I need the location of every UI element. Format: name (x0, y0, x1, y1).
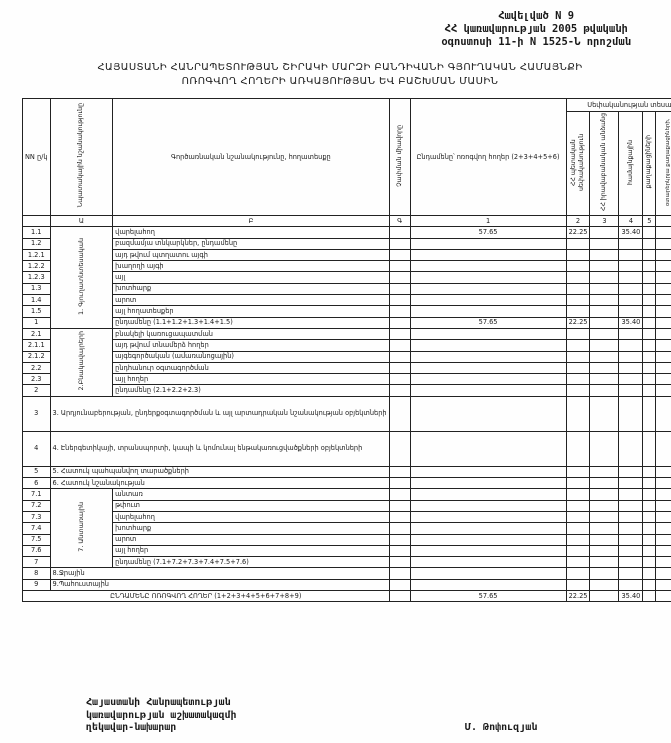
c3-cell (590, 579, 619, 590)
c2-cell (566, 579, 590, 590)
unit-cell (389, 396, 410, 431)
c2-cell (566, 306, 590, 317)
row-label: բազմամյա տնկարկներ, ընդամենը (113, 238, 389, 249)
c3-cell (590, 396, 619, 431)
c4-cell (619, 396, 643, 431)
c4-cell (619, 261, 643, 272)
table-row: 2.3այլ հողեր (23, 374, 671, 385)
total-cell (410, 340, 566, 351)
c6-cell (656, 295, 671, 306)
c5-cell (643, 328, 656, 339)
c4-cell: 35.40 (619, 317, 643, 328)
row-number: 7.1 (23, 489, 51, 500)
c5-cell (643, 238, 656, 249)
c2-cell (566, 238, 590, 249)
unit-cell (389, 227, 410, 238)
total-cell (410, 466, 566, 477)
table-row: 2.12.Բնակավայրերիբնակելի կառուցապատման (23, 328, 671, 339)
c4-cell (619, 568, 643, 579)
row-label: վարելահող (113, 227, 389, 238)
total-cell (410, 396, 566, 431)
c6-cell (656, 557, 671, 568)
title-line-2: ՈՌՈԳՎՈՂ ՀՈՂԵՐԻ ԱՌԿԱՅՈՒԹՅԱՆ ԵՎ ԲԱՇԽՄԱՆ ՄԱ… (60, 75, 620, 89)
c6-cell (656, 500, 671, 511)
document-title: ՀԱՅԱՍՏԱՆԻ ՀԱՆՐԱՊԵՏՈՒԹՅԱՆ ՇԻՐԱԿԻ ՄԱՐԶԻ ԲԱ… (60, 61, 620, 89)
c4-cell: 35.40 (619, 227, 643, 238)
c2-cell (566, 396, 590, 431)
row-number: 7.5 (23, 534, 51, 545)
c3-cell (590, 261, 619, 272)
c5-cell (643, 340, 656, 351)
total-cell (410, 238, 566, 249)
row-label: բնակելի կառուցապատման (113, 328, 389, 339)
total-cell (410, 489, 566, 500)
c3-cell (590, 431, 619, 466)
c3-cell (590, 557, 619, 568)
c5-cell (643, 385, 656, 396)
total-cell (410, 579, 566, 590)
row-label: 8.Ջրային (50, 568, 389, 579)
c4-cell (619, 579, 643, 590)
annex-number: Հավելված N 9 (441, 10, 631, 23)
unit-cell (389, 306, 410, 317)
c4-cell (619, 362, 643, 373)
total-cell (410, 511, 566, 522)
c5-cell (643, 396, 656, 431)
c2-cell (566, 283, 590, 294)
c6-cell (656, 362, 671, 373)
table-row: 1.2.2 խաղողի այգի (23, 261, 671, 272)
header-nn: NN ը/կ (23, 99, 51, 216)
c3-cell (590, 478, 619, 489)
c6-cell (656, 591, 671, 602)
c3-cell (590, 568, 619, 579)
unit-cell (389, 511, 410, 522)
index-cell: Գ (389, 216, 410, 227)
index-cell: 3 (590, 216, 619, 227)
unit-cell (389, 568, 410, 579)
total-cell (410, 306, 566, 317)
total-cell (410, 431, 566, 466)
table-row: 88.Ջրային (23, 568, 671, 579)
table-row: 1.2.1այդ թվում պտղատու այգի (23, 249, 671, 260)
c2-cell (566, 466, 590, 477)
unit-cell (389, 431, 410, 466)
total-cell (410, 534, 566, 545)
header-ownership-group: Սեփականության տեսակները (566, 99, 671, 112)
row-number: 1.2.3 (23, 272, 51, 283)
total-cell: 57.65 (410, 591, 566, 602)
header-category: Նպատակային նշանակությունը (50, 99, 113, 216)
c5-cell (643, 272, 656, 283)
index-cell: 6 (656, 216, 671, 227)
unit-cell (389, 238, 410, 249)
total-cell (410, 385, 566, 396)
c6-cell (656, 523, 671, 534)
c3-cell (590, 295, 619, 306)
row-label: այգեգործական (ամառանոցային) (113, 351, 389, 362)
table-row: 7.4խոտհարք (23, 523, 671, 534)
c6-cell (656, 227, 671, 238)
c3-cell (590, 466, 619, 477)
row-label: 3. Արդյունաբերության, ընդերքօգտագործման … (50, 396, 389, 431)
c2-cell (566, 478, 590, 489)
c4-cell (619, 351, 643, 362)
row-number: 1 (23, 317, 51, 328)
c6-cell (656, 579, 671, 590)
table-row: 2.1.2այգեգործական (ամառանոցային) (23, 351, 671, 362)
index-cell: 2 (566, 216, 590, 227)
table-row: 7.17. Անտառայինանտառ (23, 489, 671, 500)
unit-cell (389, 534, 410, 545)
c4-cell (619, 545, 643, 556)
c2-cell (566, 328, 590, 339)
row-label: ընդամենը (7.1+7.2+7.3+7.4+7.5+7.6) (113, 557, 389, 568)
total-cell (410, 295, 566, 306)
c6-cell (656, 489, 671, 500)
row-label: 6. Հատուկ նշանակության (50, 478, 389, 489)
c3-cell (590, 374, 619, 385)
row-number: 2.3 (23, 374, 51, 385)
total-cell (410, 523, 566, 534)
total-cell (410, 249, 566, 260)
total-cell (410, 500, 566, 511)
unit-cell (389, 283, 410, 294)
table-row: 7.5արոտ (23, 534, 671, 545)
row-number: 1.2 (23, 238, 51, 249)
row-number: 9 (23, 579, 51, 590)
c4-cell (619, 523, 643, 534)
annex-decree: ՀՀ կառավարության 2005 թվականի (441, 23, 631, 36)
annex-reference: Հավելված N 9 ՀՀ կառավարության 2005 թվակա… (441, 10, 631, 49)
c4-cell (619, 272, 643, 283)
c3-cell (590, 272, 619, 283)
table-row: 2ընդամենը (2.1+2.2+2.3) (23, 385, 671, 396)
unit-cell (389, 478, 410, 489)
grand-total-label: ԸՆԴԱՄԵՆԸ ՈՌՈԳՎՈՂ ՀՈՂԵՐ (1+2+3+4+5+6+7+8+… (23, 591, 390, 602)
c2-cell (566, 261, 590, 272)
row-label: 9.Պահուստային (50, 579, 389, 590)
c3-cell (590, 511, 619, 522)
c5-cell (643, 545, 656, 556)
c3-cell (590, 238, 619, 249)
c3-cell (590, 306, 619, 317)
row-label: թփուտ (113, 500, 389, 511)
c6-cell (656, 478, 671, 489)
row-number: 2 (23, 385, 51, 396)
c2-cell (566, 351, 590, 362)
header-unit: Չափման միավորը (389, 99, 410, 216)
c5-cell (643, 362, 656, 373)
unit-cell (389, 385, 410, 396)
title-line-1: ՀԱՅԱՍՏԱՆԻ ՀԱՆՐԱՊԵՏՈՒԹՅԱՆ ՇԻՐԱԿԻ ՄԱՐԶԻ ԲԱ… (60, 61, 620, 75)
c4-cell (619, 306, 643, 317)
row-label: այլ հողեր (113, 374, 389, 385)
header-col6: օտարերկրյա քաղաքացիների, քաղաքացիություն… (656, 112, 671, 216)
c3-cell (590, 523, 619, 534)
row-label: ընդհանուր օգտագործման (113, 362, 389, 373)
row-label: 5. Հատուկ պահպանվող տարածքների (50, 466, 389, 477)
header-total: Ընդամենը՝ ոռոգվող հողեր (2+3+4+5+6) (410, 99, 566, 216)
unit-cell (389, 261, 410, 272)
c3-cell (590, 489, 619, 500)
row-number: 7.3 (23, 511, 51, 522)
table-row: 1.2բազմամյա տնկարկներ, ընդամենը (23, 238, 671, 249)
row-number: 7 (23, 557, 51, 568)
c3-cell (590, 317, 619, 328)
row-number: 6 (23, 478, 51, 489)
index-cell: 1 (410, 216, 566, 227)
unit-cell (389, 557, 410, 568)
header-land-type: Գործառնական նշանակությունը, հողատեսքը (113, 99, 389, 216)
row-number: 1.5 (23, 306, 51, 317)
header-col2: ՀՀ պետական սեփականություն (566, 112, 590, 216)
group-agricultural: 1. Գյուղատնտեսական (50, 227, 113, 329)
c4-cell (619, 511, 643, 522)
c5-cell (643, 261, 656, 272)
row-label: վարելահող (113, 511, 389, 522)
total-cell (410, 568, 566, 579)
c5-cell (643, 283, 656, 294)
row-label: 4. Էներգետիկայի, տրանսպորտի, կապի և կոմո… (50, 431, 389, 466)
c2-cell: 22.25 (566, 227, 590, 238)
c3-cell (590, 385, 619, 396)
unit-cell (389, 374, 410, 385)
row-label: այլ հողատեսքեր (113, 306, 389, 317)
group-settlements: 2.Բնակավայրերի (50, 328, 113, 396)
row-number: 1.2.1 (23, 249, 51, 260)
c5-cell (643, 249, 656, 260)
total-cell (410, 362, 566, 373)
c2-cell (566, 295, 590, 306)
c4-cell: 35.40 (619, 591, 643, 602)
table-row: 2.1.1այդ թվում տնամերձ հողեր (23, 340, 671, 351)
c5-cell (643, 295, 656, 306)
table-row: 1ընդամենը (1.1+1.2+1.3+1.4+1.5)57.6522.2… (23, 317, 671, 328)
land-table: NN ը/կ Նպատակային նշանակությունը Գործառն… (22, 98, 671, 602)
unit-cell (389, 295, 410, 306)
unit-cell (389, 340, 410, 351)
c2-cell (566, 557, 590, 568)
row-label: արոտ (113, 295, 389, 306)
index-row: ԱԲԳ123456 (23, 216, 671, 227)
c5-cell (643, 579, 656, 590)
index-cell: 4 (619, 216, 643, 227)
signatory-line-2: կառավարության աշխատակազմի (86, 710, 237, 723)
unit-cell (389, 328, 410, 339)
row-number: 7.6 (23, 545, 51, 556)
c6-cell (656, 396, 671, 431)
signatory-name: Մ. Թոփուզյան (465, 722, 537, 733)
c4-cell (619, 478, 643, 489)
row-label: ընդամենը (2.1+2.2+2.3) (113, 385, 389, 396)
row-label: արոտ (113, 534, 389, 545)
c3-cell (590, 283, 619, 294)
c2-cell (566, 534, 590, 545)
row-number: 7.4 (23, 523, 51, 534)
c2-cell (566, 489, 590, 500)
unit-cell (389, 362, 410, 373)
c2-cell (566, 374, 590, 385)
total-cell (410, 545, 566, 556)
c5-cell (643, 227, 656, 238)
c5-cell (643, 500, 656, 511)
c4-cell (619, 500, 643, 511)
row-number: 1.1 (23, 227, 51, 238)
group-forest: 7. Անտառային (50, 489, 113, 568)
unit-cell (389, 500, 410, 511)
c4-cell (619, 489, 643, 500)
c5-cell (643, 568, 656, 579)
c2-cell (566, 500, 590, 511)
table-row: 33. Արդյունաբերության, ընդերքօգտագործման… (23, 396, 671, 431)
total-cell (410, 283, 566, 294)
row-label: այլ (113, 272, 389, 283)
total-cell (410, 328, 566, 339)
row-label: այլ հողեր (113, 545, 389, 556)
row-label: անտառ (113, 489, 389, 500)
row-number: 5 (23, 466, 51, 477)
c4-cell (619, 557, 643, 568)
index-cell: Ա (50, 216, 113, 227)
c2-cell (566, 523, 590, 534)
row-number: 8 (23, 568, 51, 579)
c3-cell (590, 340, 619, 351)
table-row: 1.5այլ հողատեսքեր (23, 306, 671, 317)
total-cell (410, 374, 566, 385)
c6-cell (656, 283, 671, 294)
c5-cell (643, 523, 656, 534)
row-label: այդ թվում տնամերձ հողեր (113, 340, 389, 351)
c6-cell (656, 317, 671, 328)
total-cell (410, 351, 566, 362)
c2-cell (566, 431, 590, 466)
c6-cell (656, 261, 671, 272)
c3-cell (590, 351, 619, 362)
unit-cell (389, 466, 410, 477)
row-number: 2.1 (23, 328, 51, 339)
total-cell: 57.65 (410, 227, 566, 238)
c5-cell (643, 591, 656, 602)
c3-cell (590, 534, 619, 545)
unit-cell (389, 579, 410, 590)
c6-cell (656, 340, 671, 351)
unit-cell (389, 272, 410, 283)
c6-cell (656, 238, 671, 249)
c4-cell (619, 295, 643, 306)
c2-cell (566, 511, 590, 522)
c6-cell (656, 351, 671, 362)
signatory-title: Հայաստանի Հանրապետության կառավարության ա… (86, 697, 237, 735)
c3-cell (590, 227, 619, 238)
table-row: 1.4արոտ (23, 295, 671, 306)
c5-cell (643, 557, 656, 568)
c4-cell (619, 385, 643, 396)
c4-cell (619, 374, 643, 385)
c5-cell (643, 489, 656, 500)
c4-cell (619, 238, 643, 249)
c5-cell (643, 511, 656, 522)
unit-cell (389, 523, 410, 534)
c4-cell (619, 466, 643, 477)
c4-cell (619, 328, 643, 339)
c5-cell (643, 466, 656, 477)
table-row: 2.2ընդհանուր օգտագործման (23, 362, 671, 373)
c5-cell (643, 431, 656, 466)
total-cell: 57.65 (410, 317, 566, 328)
c6-cell (656, 534, 671, 545)
c3-cell (590, 545, 619, 556)
c5-cell (643, 306, 656, 317)
c2-cell (566, 249, 590, 260)
total-cell (410, 261, 566, 272)
c4-cell (619, 340, 643, 351)
row-number: 3 (23, 396, 51, 431)
index-cell: 5 (643, 216, 656, 227)
table-row: 55. Հատուկ պահպանվող տարածքների (23, 466, 671, 477)
row-label: ընդամենը (1.1+1.2+1.3+1.4+1.5) (113, 317, 389, 328)
annex-date: օգոստոսի 11-ի N 1525-Ն որոշման (441, 36, 631, 49)
c2-cell: 22.25 (566, 317, 590, 328)
unit-cell (389, 249, 410, 260)
table-row: 99.Պահուստային (23, 579, 671, 590)
header-col3: ՀՀ իրավաբանական անձանց (590, 112, 619, 216)
c6-cell (656, 511, 671, 522)
total-cell (410, 478, 566, 489)
c6-cell (656, 328, 671, 339)
row-label: այդ թվում պտղատու այգի (113, 249, 389, 260)
signatory-line-1: Հայաստանի Հանրապետության (86, 697, 237, 710)
c5-cell (643, 317, 656, 328)
table-row: 66. Հատուկ նշանակության (23, 478, 671, 489)
signatory-line-3: ղեկավար-նախարար (86, 722, 237, 735)
c2-cell (566, 545, 590, 556)
c3-cell (590, 591, 619, 602)
unit-cell (389, 489, 410, 500)
row-number: 1.2.2 (23, 261, 51, 272)
c4-cell (619, 431, 643, 466)
c6-cell (656, 545, 671, 556)
c3-cell (590, 249, 619, 260)
c3-cell (590, 500, 619, 511)
c2-cell (566, 272, 590, 283)
table-row: 1.2.3այլ (23, 272, 671, 283)
c3-cell (590, 362, 619, 373)
total-cell (410, 272, 566, 283)
index-cell: Բ (113, 216, 389, 227)
row-number: 1.3 (23, 283, 51, 294)
total-cell (410, 557, 566, 568)
table-row: 7.6այլ հողեր (23, 545, 671, 556)
c5-cell (643, 534, 656, 545)
row-label: խոտհարք (113, 523, 389, 534)
c2-cell: 22.25 (566, 591, 590, 602)
c5-cell (643, 478, 656, 489)
c6-cell (656, 431, 671, 466)
table-row: 7.3վարելահող (23, 511, 671, 522)
c6-cell (656, 374, 671, 385)
unit-cell (389, 545, 410, 556)
c4-cell (619, 283, 643, 294)
c2-cell (566, 362, 590, 373)
row-number: 1.4 (23, 295, 51, 306)
row-number: 2.1.1 (23, 340, 51, 351)
row-number: 2.1.2 (23, 351, 51, 362)
table-row: 1.11. Գյուղատնտեսականվարելահող57.6522.25… (23, 227, 671, 238)
row-number: 7.2 (23, 500, 51, 511)
c4-cell (619, 249, 643, 260)
c6-cell (656, 568, 671, 579)
